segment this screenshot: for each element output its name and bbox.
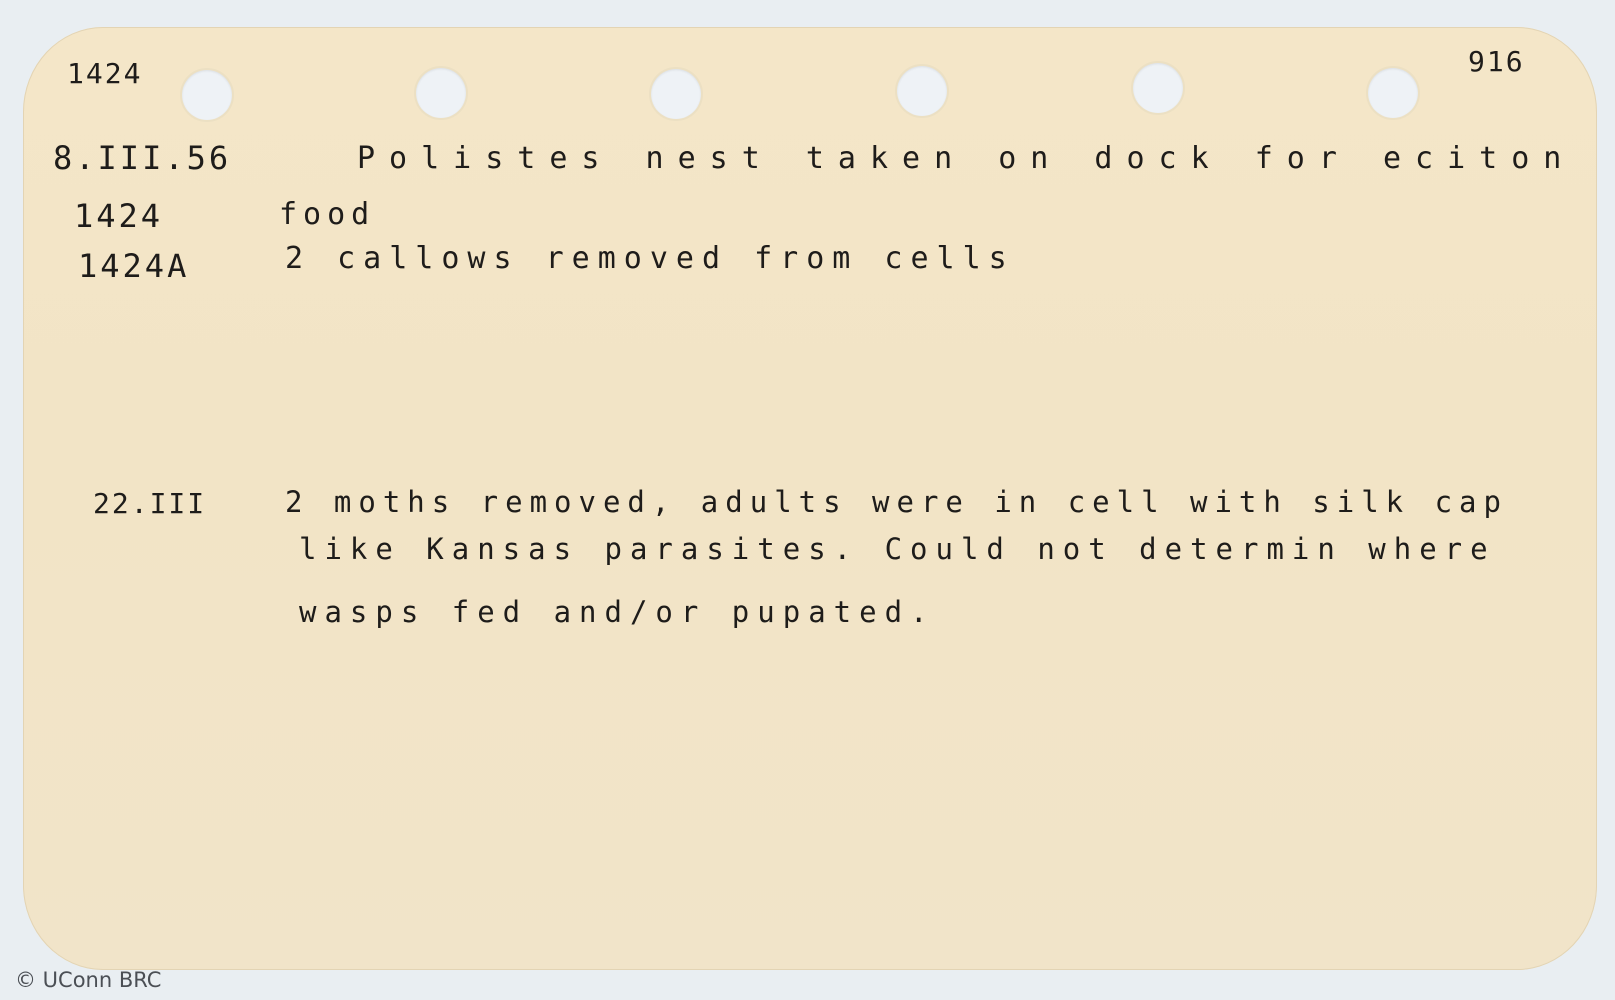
card-number-right: 916 xyxy=(1468,45,1525,78)
punch-hole xyxy=(182,70,232,120)
punch-hole xyxy=(651,69,701,119)
entry-text: wasps fed and/or pupated. xyxy=(299,595,936,629)
entry-text: like Kansas parasites. Could not determi… xyxy=(299,532,1496,566)
entry-text: Polistes nest taken on dock for eciton xyxy=(357,141,1575,176)
specimen-number: 1424A xyxy=(78,247,189,285)
card-number-left: 1424 xyxy=(67,57,142,90)
entry-date: 8.III.56 xyxy=(53,139,231,177)
index-card: 1424 916 8.III.56 Polistes nest taken on… xyxy=(23,27,1597,970)
entry-date: 22.III xyxy=(93,487,206,520)
entry-text: 2 callows removed from cells xyxy=(285,241,1015,276)
copyright-watermark: © UConn BRC xyxy=(15,968,161,992)
entry-text: 2 moths removed, adults were in cell wit… xyxy=(285,485,1508,519)
punch-hole xyxy=(1133,63,1183,113)
punch-hole xyxy=(416,68,466,118)
specimen-number: 1424 xyxy=(74,197,163,235)
punch-hole xyxy=(897,66,947,116)
punch-hole xyxy=(1368,68,1418,118)
entry-text: food xyxy=(279,197,375,232)
